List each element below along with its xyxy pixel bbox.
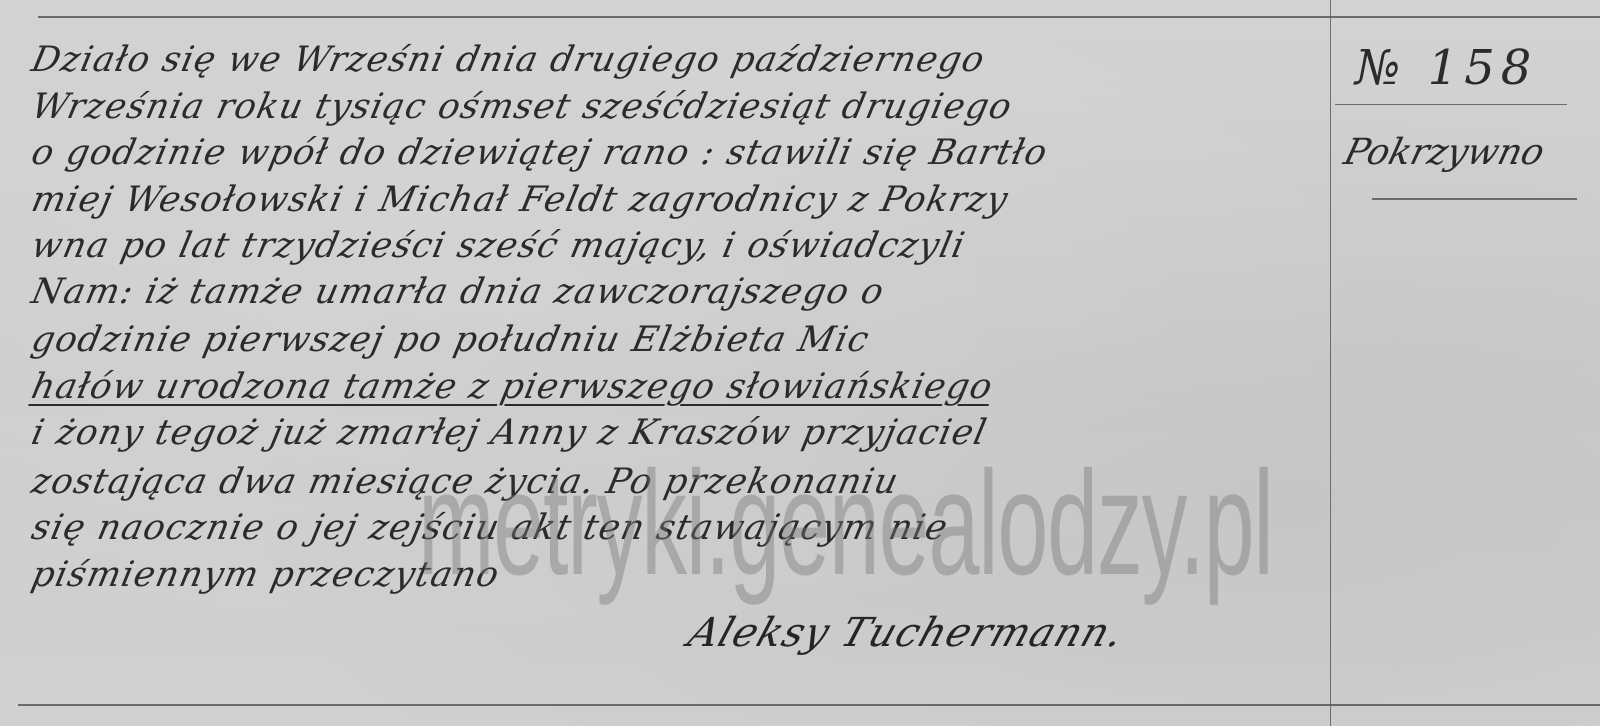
scanned-record-page: Działo się we Wrześni dnia drugiego paźd… [0, 0, 1600, 726]
body-line-3: o godzinie wpół do dziewiątej rano : sta… [28, 133, 1051, 173]
top-rule [38, 16, 1600, 18]
body-line-9: i żony tegoż już zmarłej Anny z Kraszów … [28, 413, 991, 453]
margin-rule [1330, 0, 1331, 726]
place-underline [1372, 198, 1577, 200]
body-line-4: miej Wesołowski i Michał Feldt zagrodnic… [28, 180, 1012, 220]
body-line-2: Września roku tysiąc ośmset sześćdziesią… [28, 87, 1016, 127]
registrar-signature: Aleksy Tuchermann. [683, 610, 1131, 656]
bottom-rule [18, 704, 1600, 706]
body-line-12: piśmiennym przeczytano [28, 555, 503, 595]
body-line-11: się naocznie o jej zejściu akt ten stawa… [28, 508, 952, 548]
body-line-10: zostająca dwa miesiące życia. Po przekon… [28, 462, 903, 502]
entry-number: № 158 [1355, 40, 1537, 96]
entry-number-underline [1335, 104, 1567, 105]
body-line-8: hałów urodzona tamże z pierwszego słowia… [28, 367, 997, 407]
body-line-5: wna po lat trzydzieści sześć mający, i o… [28, 226, 969, 266]
place-name: Pokrzywno [1340, 132, 1549, 173]
body-line-1: Działo się we Wrześni dnia drugiego paźd… [28, 40, 989, 80]
body-line-6: Nam: iż tamże umarła dnia zawczorajszego… [28, 272, 888, 312]
body-line-7: godzinie pierwszej po południu Elżbieta … [28, 320, 873, 360]
